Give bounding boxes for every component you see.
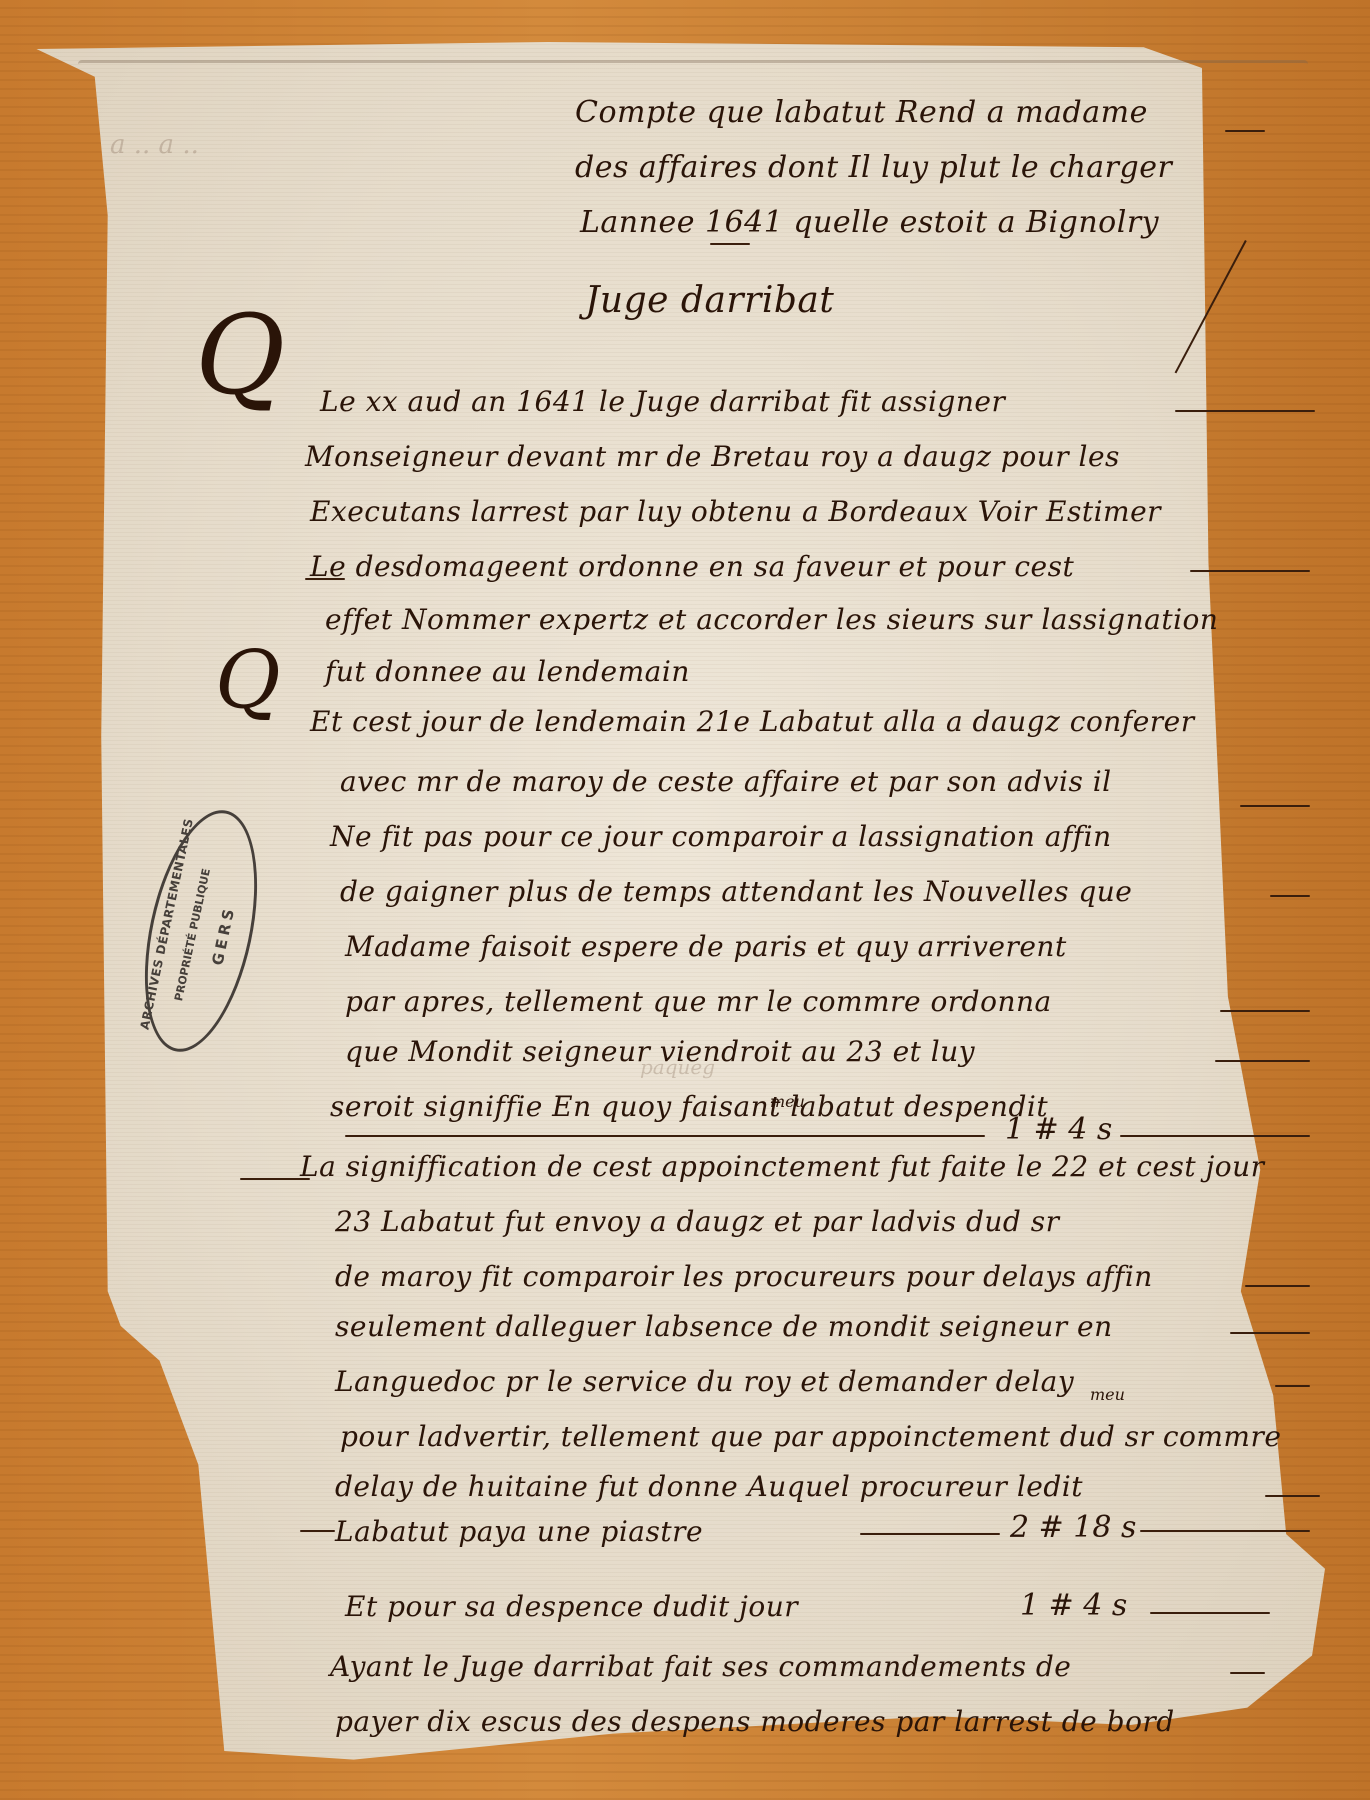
superscript-abbrev: meu [1090,1385,1125,1404]
entry-1-line-2: Monseigneur devant mr de Bretau roy a da… [305,440,1120,473]
entry-3-line-8: Labatut paya une piastre [335,1515,703,1548]
line-end-dash [1245,1285,1310,1287]
line-end-dash [1215,1060,1310,1062]
amount-entry-4: 1 # 4 s [1020,1588,1127,1623]
line-end-dash [1220,1010,1310,1012]
entry-3-line-1: La signiffication de cest appoinctement … [300,1150,1265,1183]
entry-1-line-5: effet Nommer expertz et accorder les sie… [325,603,1218,636]
entry-1-line-3: Executans larrest par luy obtenu a Borde… [310,495,1161,528]
entry-2-line-8: seroit signiffie En quoy faisant labatut… [330,1090,1048,1123]
line-start-dash [305,578,345,580]
total-rule [860,1533,1000,1535]
entry-1-line-4: Le desdomageent ordonne en sa faveur et … [310,550,1074,583]
entry-3-line-6: pour ladvertir, tellement que par appoin… [340,1420,1281,1453]
decorative-initial: Q [195,300,285,410]
entry-2-line-4: de gaigner plus de temps attendant les N… [340,875,1132,908]
entry-5-line-1: Ayant le Juge darribat fait ses commande… [330,1650,1071,1683]
entry-2-line-5: Madame faisoit espere de paris et quy ar… [345,930,1067,963]
page-top-fold [78,60,1308,81]
line-end-dash [1120,1135,1310,1137]
entry-3-line-5: Languedoc pr le service du roy et demand… [335,1365,1074,1398]
line-end-dash [1275,1385,1310,1387]
header-line-1: Compte que labatut Rend a madame [575,95,1148,130]
entry-1-line-1: Le xx aud an 1641 le Juge darribat fit a… [320,385,1005,418]
entry-5-line-2: payer dix escus des despens moderes par … [335,1705,1175,1738]
entry-2-line-1: Et cest jour de lendemain 21e Labatut al… [310,705,1195,738]
superscript-abbrev: meu [770,1092,805,1111]
line-start-dash [300,1530,335,1532]
year-underline [710,243,750,245]
amount-entry-2: 1 # 4 s [1005,1112,1112,1147]
line-end-dash [1240,805,1310,807]
amount-entry-3: 2 # 18 s [1010,1510,1136,1545]
line-end-dash [1230,1672,1265,1674]
entry-3-line-2: 23 Labatut fut envoy a daugz et par ladv… [335,1205,1060,1238]
stamp-city-text: GERS [204,885,242,987]
line-end-dash [1265,1495,1320,1497]
entry-2-line-2: avec mr de maroy de ceste affaire et par… [340,765,1112,798]
entry-2-line-3: Ne fit pas pour ce jour comparoir a lass… [330,820,1112,853]
line-end-dash [1225,130,1265,132]
entry-4-line-1: Et pour sa despence dudit jour [345,1590,798,1623]
line-end-dash [1270,895,1310,897]
line-end-dash [1150,1612,1270,1614]
section-title: Juge darribat [585,280,834,321]
entry-3-line-4: seulement dalleguer labsence de mondit s… [335,1310,1113,1343]
line-end-dash [1190,570,1310,572]
line-end-dash [1230,1332,1310,1334]
entry-3-line-7: delay de huitaine fut donne Auquel procu… [335,1470,1083,1503]
line-end-dash [1140,1530,1310,1532]
header-line-2: des affaires dont Il luy plut le charger [575,150,1172,185]
line-end-dash [1175,410,1315,412]
total-rule [345,1135,985,1137]
bleed-through-text: a .. a .. [110,130,199,160]
entry-1-line-6: fut donnee au lendemain [325,655,690,688]
decorative-initial: Q [215,640,281,720]
entry-2-line-7: que Mondit seigneur viendroit au 23 et l… [345,1035,975,1068]
header-line-3: Lannee 1641 quelle estoit a Bignolry [580,205,1159,240]
entry-2-line-6: par apres, tellement que mr le commre or… [345,985,1052,1018]
entry-3-line-3: de maroy fit comparoir les procureurs po… [335,1260,1153,1293]
